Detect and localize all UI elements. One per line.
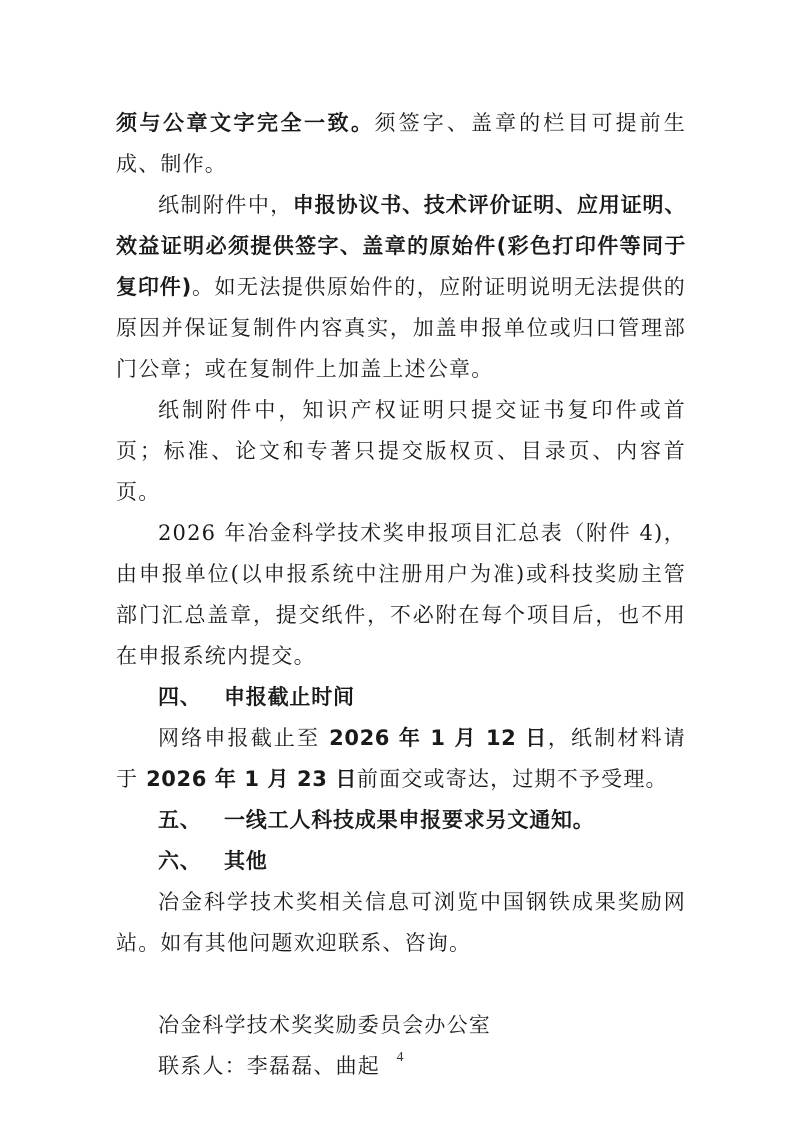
- section-title: 其他: [224, 849, 268, 873]
- paragraph-seal-text: 须与公章文字完全一致。须签字、盖章的栏目可提前生成、制作。: [116, 103, 686, 185]
- bold-run: 须与公章文字完全一致。: [116, 111, 375, 135]
- text-run: 纸制附件中，知识产权证明只提交证书复印件或首页；标准、论文和专著只提交版权页、目…: [116, 398, 686, 504]
- section-title: 一线工人科技成果申报要求另文通知。: [224, 808, 595, 832]
- text-run: 。如无法提供原始件的，应附证明说明无法提供的原因并保证复制件内容真实，加盖申报单…: [116, 275, 686, 381]
- blank-line: [116, 964, 686, 1005]
- text-run: 2026 年冶金科学技术奖申报项目汇总表（附件 4)，由申报单位(以申报系统中注…: [116, 521, 686, 668]
- paragraph-summary-table: 2026 年冶金科学技术奖申报项目汇总表（附件 4)，由申报单位(以申报系统中注…: [116, 513, 686, 677]
- text-run: 纸制附件中，: [158, 193, 293, 217]
- section-heading-workers: 五、一线工人科技成果申报要求另文通知。: [116, 800, 686, 841]
- paragraph-original-documents: 纸制附件中，申报协议书、技术评价证明、应用证明、效益证明必须提供签字、盖章的原始…: [116, 185, 686, 390]
- section-number: 五、: [158, 800, 224, 841]
- document-page: 须与公章文字完全一致。须签字、盖章的栏目可提前生成、制作。 纸制附件中，申报协议…: [0, 0, 800, 1131]
- document-body: 须与公章文字完全一致。须签字、盖章的栏目可提前生成、制作。 纸制附件中，申报协议…: [116, 103, 686, 1087]
- paragraph-deadline: 网络申报截止至 2026 年 1 月 12 日，纸制材料请于 2026 年 1 …: [116, 718, 686, 800]
- section-title: 申报截止时间: [224, 685, 355, 709]
- paragraph-other-info: 冶金科学技术奖相关信息可浏览中国钢铁成果奖励网站。如有其他问题欢迎联系、咨询。: [116, 882, 686, 964]
- section-number: 六、: [158, 841, 224, 882]
- bold-date: 2026 年 1 月 23 日: [146, 767, 357, 791]
- section-heading-deadline: 四、申报截止时间: [116, 677, 686, 718]
- text-run: 网络申报截止至: [158, 726, 329, 750]
- page-number: 4: [0, 1050, 800, 1066]
- paragraph-ip-proof: 纸制附件中，知识产权证明只提交证书复印件或首页；标准、论文和专著只提交版权页、目…: [116, 390, 686, 513]
- section-number: 四、: [158, 677, 224, 718]
- section-heading-other: 六、其他: [116, 841, 686, 882]
- text-run: 前面交或寄达，过期不予受理。: [357, 767, 668, 791]
- bold-date: 2026 年 1 月 12 日: [329, 726, 548, 750]
- signature-office: 冶金科学技术奖奖励委员会办公室: [116, 1005, 686, 1046]
